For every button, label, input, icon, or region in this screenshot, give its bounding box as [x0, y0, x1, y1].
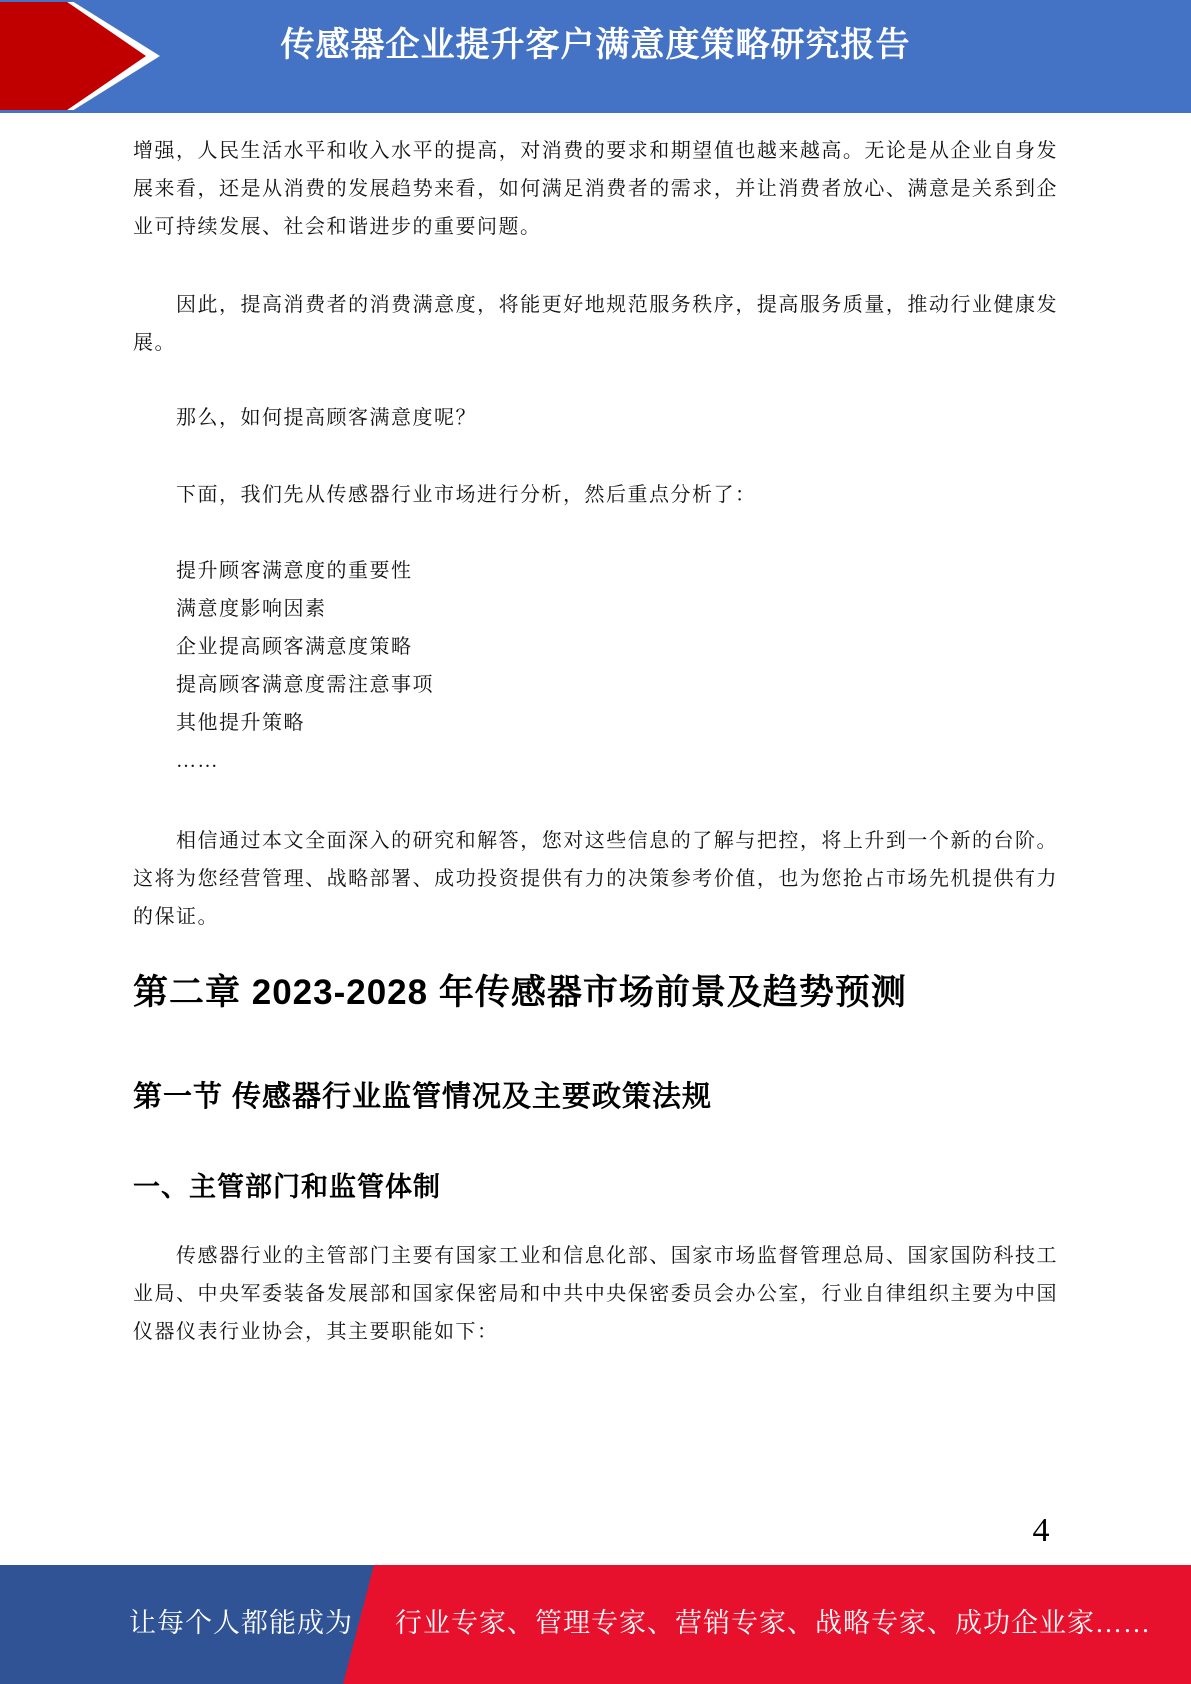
page-footer-banner: 让每个人都能成为 行业专家、管理专家、营销专家、战略专家、成功企业家…… — [0, 1565, 1191, 1684]
list-item: 企业提高顾客满意度策略 — [133, 628, 1058, 666]
footer-slogan-right: 行业专家、管理专家、营销专家、战略专家、成功企业家…… — [395, 1607, 1175, 1639]
list-item: 满意度影响因素 — [133, 590, 1058, 628]
paragraph-closing: 相信通过本文全面深入的研究和解答，您对这些信息的了解与把控，将上升到一个新的台阶… — [133, 822, 1058, 936]
page-header-banner: 传感器企业提升客户满意度策略研究报告 — [0, 0, 1191, 113]
paragraph-regulators: 传感器行业的主管部门主要有国家工业和信息化部、国家市场监督管理总局、国家国防科技… — [133, 1237, 1058, 1351]
list-item: 其他提升策略 — [133, 704, 1058, 742]
footer-slogan-left: 让每个人都能成为 — [0, 1607, 353, 1639]
list-item: 提升顾客满意度的重要性 — [133, 552, 1058, 590]
report-title: 传感器企业提升客户满意度策略研究报告 — [0, 24, 1191, 66]
paragraph-therefore: 因此，提高消费者的消费满意度，将能更好地规范服务秩序，提高服务质量，推动行业健康… — [133, 286, 1058, 362]
topic-list: 提升顾客满意度的重要性 满意度影响因素 企业提高顾客满意度策略 提高顾客满意度需… — [133, 552, 1058, 780]
page-number: 4 — [1016, 1512, 1066, 1550]
list-item: 提高顾客满意度需注意事项 — [133, 666, 1058, 704]
report-page: 传感器企业提升客户满意度策略研究报告 增强，人民生活水平和收入水平的提高，对消费… — [0, 0, 1191, 1684]
paragraph-question: 那么，如何提高顾客满意度呢？ — [133, 399, 1058, 437]
chapter-heading: 第二章 2023-2028 年传感器市场前景及趋势预测 — [133, 971, 1123, 1015]
subsection-heading: 一、主管部门和监管体制 — [133, 1169, 1123, 1205]
list-item-ellipsis: …… — [133, 742, 1058, 780]
paragraph-intro: 下面，我们先从传感器行业市场进行分析，然后重点分析了： — [133, 476, 1058, 514]
section-heading: 第一节 传感器行业监管情况及主要政策法规 — [133, 1078, 1123, 1116]
paragraph-consumer-expectations: 增强，人民生活水平和收入水平的提高，对消费的要求和期望值也越来越高。无论是从企业… — [133, 132, 1058, 246]
